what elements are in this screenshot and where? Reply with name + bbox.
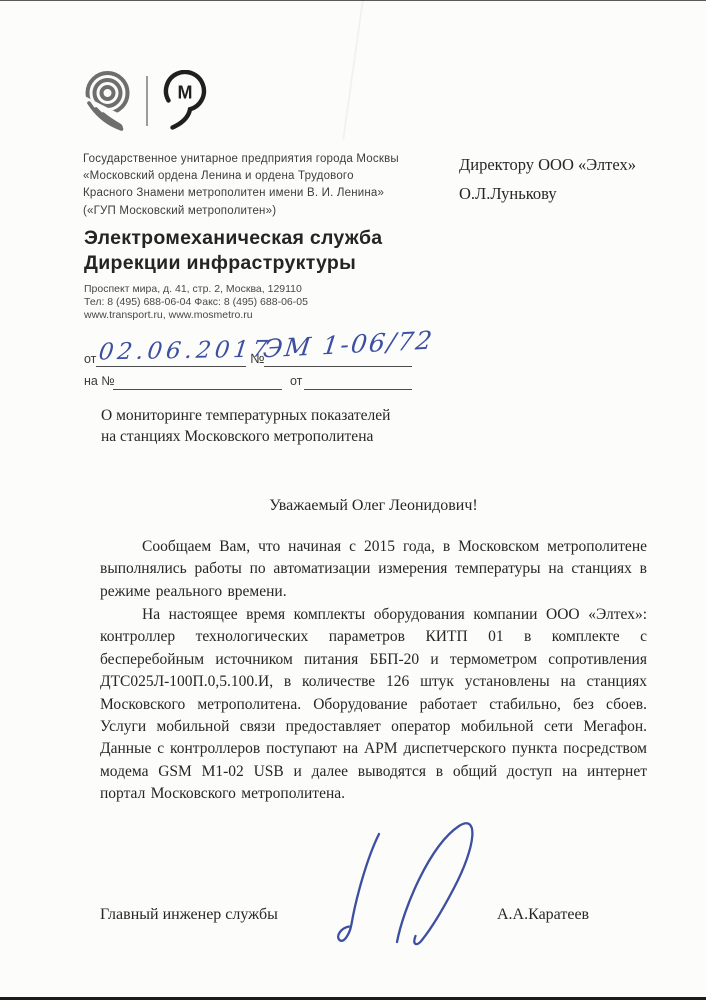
handwritten-signature: [333, 818, 493, 958]
org-line: «Московский ордена Ленина и ордена Трудо…: [83, 168, 423, 185]
scanned-letter-page: М Государственное унитарное предприятия …: [0, 0, 706, 1000]
org-line: Красного Знамени метрополитен имени В. И…: [83, 185, 423, 202]
body-paragraph-2: На настоящее время комплекты оборудовани…: [100, 604, 647, 806]
metro-m-letter: М: [178, 83, 193, 103]
signer-name: А.А.Каратеев: [497, 906, 589, 924]
signer-title: Главный инженер службы: [100, 906, 278, 924]
service-name-line2: Дирекции инфраструктуры: [84, 251, 382, 276]
greeting: Уважаемый Олег Леонидович!: [100, 497, 647, 515]
reply-date-rule-line: [304, 388, 412, 390]
org-line: («ГУП Московский метрополитен»): [83, 203, 423, 220]
reply-number-rule-line: [113, 388, 282, 390]
subject-line1: О мониторинге температурных показателей: [101, 405, 390, 426]
service-name: Электромеханическая служба Дирекции инфр…: [84, 226, 382, 275]
address-line: Проспект мира, д. 41, стр. 2, Москва, 12…: [84, 283, 308, 296]
scan-edge-top: [0, 0, 706, 1]
service-name-line1: Электромеханическая служба: [84, 226, 382, 251]
paragraph-text: Сообщаем Вам, что начиная с 2015 года, в…: [100, 536, 647, 603]
reply-number-label: на №: [84, 374, 115, 388]
moscow-transport-rings-icon: [85, 70, 132, 134]
phone-fax-line: Тел: 8 (495) 688-06-04 Факс: 8 (495) 688…: [84, 296, 308, 309]
subject-block: О мониторинге температурных показателей …: [101, 405, 390, 447]
handwritten-number: ЭМ 1-06/72: [262, 326, 436, 364]
body-paragraph-1: Сообщаем Вам, что начиная с 2015 года, в…: [100, 536, 647, 603]
paragraph-text: На настоящее время комплекты оборудовани…: [100, 604, 647, 806]
metro-m-icon: М: [162, 70, 208, 134]
reply-from-label: от: [290, 374, 302, 388]
org-line: Государственное унитарное предприятия го…: [83, 151, 423, 168]
letterhead-logos: М: [85, 70, 208, 136]
recipient-title: Директору ООО «Элтех»: [459, 150, 636, 179]
subject-line2: на станциях Московского метрополитена: [101, 426, 390, 447]
scan-crease: [342, 1, 363, 140]
handwritten-date: 02.06.2017: [97, 337, 272, 366]
organization-name-block: Государственное унитарное предприятия го…: [83, 151, 423, 220]
number-label: №: [250, 351, 264, 366]
logo-divider: [146, 76, 148, 126]
date-rule-line: [96, 365, 246, 367]
from-label: от: [84, 352, 96, 366]
recipient-name: О.Л.Лунькову: [459, 179, 636, 208]
recipient-block: Директору ООО «Элтех» О.Л.Лунькову: [459, 150, 636, 208]
website-line: www.transport.ru, www.mosmetro.ru: [84, 309, 308, 322]
address-block: Проспект мира, д. 41, стр. 2, Москва, 12…: [84, 283, 308, 323]
number-rule-line: [264, 365, 412, 367]
